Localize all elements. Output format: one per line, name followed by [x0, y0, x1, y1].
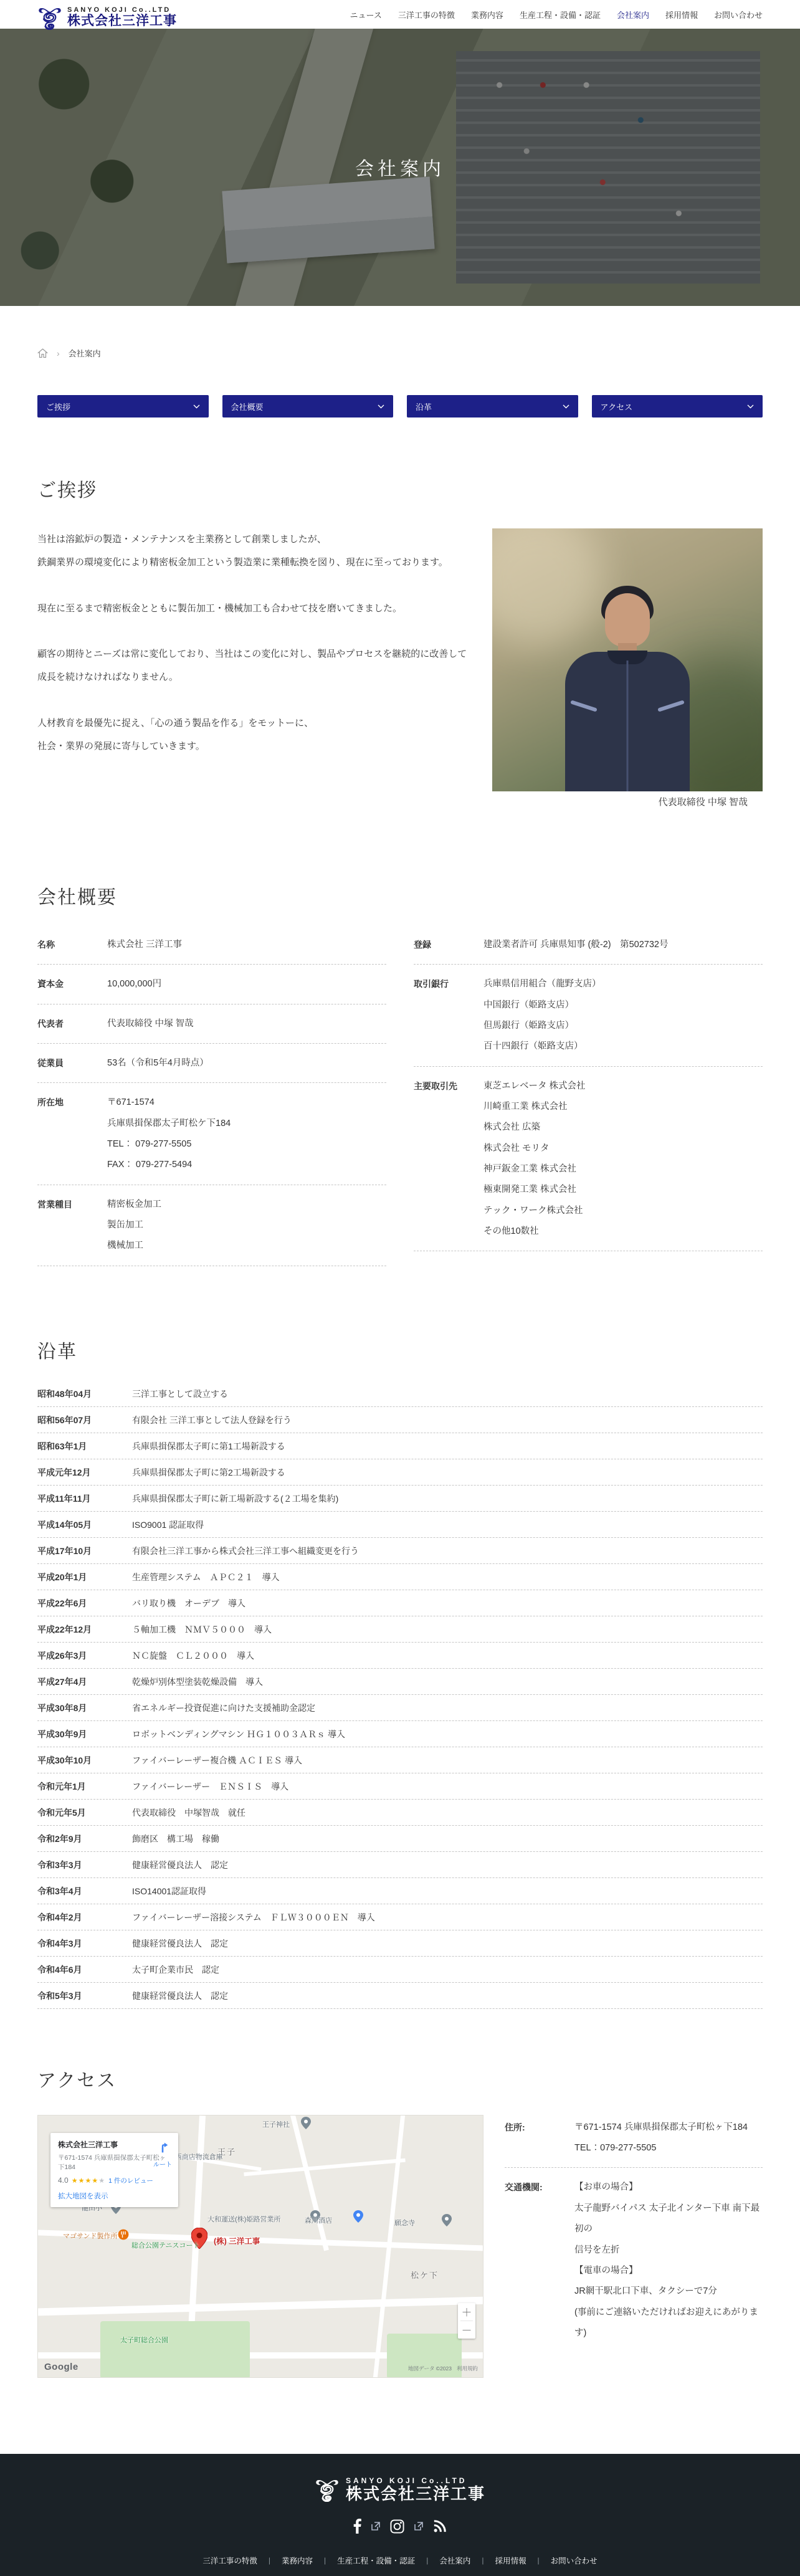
map-zoom-control: ＋ －	[458, 2303, 475, 2339]
row-value-line: 〒671-1574	[107, 1092, 386, 1113]
row-value-line: 信号を左折	[574, 2240, 763, 2261]
row-value-line: 10,000,000円	[107, 974, 386, 995]
row-label: 登録	[414, 935, 483, 955]
history-row: 令和4年3月健康経営優良法人 認定	[37, 1930, 763, 1957]
logo-mark-icon	[37, 5, 62, 30]
history-row: 令和元年1月ファイバーレーザー ＥＮＳＩＳ 導入	[37, 1773, 763, 1800]
google-map[interactable]: 王子神社王子)上西商店物流倉庫龍田小大和運送(株)姫路営業所森川酒店願念寺マゴサ…	[37, 2115, 483, 2378]
anchor-button-label: アクセス	[601, 401, 633, 413]
history-row: 令和元年5月代表取締役 中塚智哉 就任	[37, 1800, 763, 1826]
row-label: 名称	[37, 935, 107, 955]
header-nav-item[interactable]: 採用情報	[665, 9, 698, 21]
row-value-line: 中国銀行（姫路支店）	[483, 995, 763, 1016]
row-value: 株式会社 三洋工事	[107, 935, 386, 955]
anchor-button[interactable]: 沿革	[407, 395, 578, 417]
chevron-down-icon	[378, 404, 384, 409]
president-photo	[492, 528, 763, 791]
history-description: 太子町企業市民 認定	[132, 1963, 763, 1976]
history-date: 平成30年10月	[37, 1754, 132, 1767]
row-value-line: (事前にご連絡いただければお迎えにあがります)	[574, 2302, 763, 2344]
history-description: ファイバーレーザー ＥＮＳＩＳ 導入	[132, 1780, 763, 1793]
row-label: 所在地	[37, 1092, 107, 1175]
history-row: 平成14年05月ISO9001 認証取得	[37, 1512, 763, 1538]
history-date: 令和4年6月	[37, 1963, 132, 1976]
header-nav-item[interactable]: お問い合わせ	[714, 9, 763, 21]
history-row: 令和3年4月ISO14001認証取得	[37, 1878, 763, 1904]
directions-icon	[156, 2140, 169, 2154]
chevron-down-icon	[193, 404, 200, 409]
history-description: 代表取締役 中塚智哉 就任	[132, 1806, 763, 1819]
history-description: 健康経営優良法人 認定	[132, 1990, 763, 2002]
row-value-line: 太子龍野バイパス 太子北インター下車 南下最初の	[574, 2198, 763, 2240]
history-row: 令和4年2月ファイバーレーザー溶接システム ＦＬＷ３０００ＥＮ 導入	[37, 1904, 763, 1930]
history-date: 昭和63年1月	[37, 1440, 132, 1453]
history-date: 平成14年05月	[37, 1519, 132, 1531]
footer-logo[interactable]: SANYO KOJI Co..LTD 株式会社三洋工事	[0, 2476, 800, 2503]
history-date: 令和4年3月	[37, 1937, 132, 1950]
anchor-button[interactable]: アクセス	[592, 395, 763, 417]
directions-button[interactable]: ルート	[153, 2140, 172, 2168]
history-row: 令和2年9月飾磨区 構工場 稼働	[37, 1826, 763, 1852]
access-heading: アクセス	[37, 2065, 763, 2092]
logo-text-jp: 株式会社三洋工事	[67, 14, 177, 28]
row-value-line: 【お車の場合】	[574, 2177, 763, 2198]
star-icon: ★	[85, 2177, 92, 2185]
footer-nav-item[interactable]: お問い合わせ	[540, 2555, 609, 2566]
larger-map-link[interactable]: 拡大地図を表示	[58, 2191, 171, 2201]
history-row: 昭和48年04月三洋工事として設立する	[37, 1381, 763, 1407]
footer-nav-item[interactable]: 業務内容	[270, 2555, 324, 2566]
external-link-icon	[414, 2522, 423, 2531]
hero-banner: 会社案内	[0, 29, 800, 306]
history-description: 飾磨区 構工場 稼働	[132, 1833, 763, 1845]
map-label: (株) 三洋工事	[214, 2235, 260, 2246]
shop-pin-icon	[353, 2210, 363, 2223]
overview-table-right: 登録建設業者許可 兵庫県知事 (般-2) 第502732号取引銀行兵庫県信用組合…	[414, 925, 763, 1251]
table-row: 住所:〒671-1574 兵庫県揖保郡太子町松ヶ下184TEL：079-277-…	[505, 2115, 763, 2168]
map-label: 願念寺	[394, 2218, 415, 2228]
map-label: 森川酒店	[305, 2215, 332, 2225]
row-value-line: 機械加工	[107, 1236, 386, 1256]
history-date: 平成30年9月	[37, 1728, 132, 1740]
history-row: 平成27年4月乾燥炉別体型塗装乾燥設備 導入	[37, 1669, 763, 1695]
history-date: 平成22年6月	[37, 1597, 132, 1610]
row-value: 【お車の場合】太子龍野バイパス 太子北インター下車 南下最初の信号を左折【電車の…	[574, 2177, 763, 2344]
footer-social-row	[0, 2519, 800, 2534]
company-overview-section: 会社概要 名称株式会社 三洋工事資本金10,000,000円代表者代表取締役 中…	[37, 882, 763, 1266]
row-label: 代表者	[37, 1014, 107, 1034]
table-row: 従業員53名（令和5年4月時点）	[37, 1044, 386, 1083]
row-value: 東芝エレベータ 株式会社川崎重工業 株式会社株式会社 広築株式会社 モリタ神戸鈑…	[483, 1076, 763, 1243]
history-date: 平成17年10月	[37, 1545, 132, 1557]
map-card-reviews-link[interactable]: 1 件のレビュー	[108, 2176, 153, 2185]
table-row: 登録建設業者許可 兵庫県知事 (般-2) 第502732号	[414, 925, 763, 965]
temple-pin-icon	[442, 2214, 452, 2226]
greeting-paragraph: 人材教育を最優先に捉え、「心の通う製品を作る」をモットーに、 社会・業界の発展に…	[37, 712, 472, 758]
anchor-button-label: 会社概要	[231, 401, 264, 413]
directions-label: ルート	[153, 2159, 172, 2168]
history-description: 健康経営優良法人 認定	[132, 1937, 763, 1950]
row-value: 10,000,000円	[107, 974, 386, 995]
zoom-out-button[interactable]: －	[458, 2321, 475, 2339]
history-description: ISO14001認証取得	[132, 1885, 763, 1897]
table-row: 交通機関:【お車の場合】太子龍野バイパス 太子北インター下車 南下最初の信号を左…	[505, 2168, 763, 2352]
history-row: 平成20年1月生産管理システム ＡＰＣ２１ 導入	[37, 1564, 763, 1590]
history-heading: 沿革	[37, 1336, 763, 1363]
map-label: 王子神社	[262, 2119, 290, 2129]
access-info-table: 住所:〒671-1574 兵庫県揖保郡太子町松ヶ下184TEL：079-277-…	[505, 2115, 763, 2352]
history-description: 三洋工事として設立する	[132, 1388, 763, 1400]
overview-heading: 会社概要	[37, 882, 763, 909]
anchor-button[interactable]: 会社概要	[222, 395, 394, 417]
history-description: ＮＣ旋盤 ＣＬ２０００ 導入	[132, 1649, 763, 1662]
footer-logo-text-jp: 株式会社三洋工事	[346, 2485, 485, 2503]
history-row: 平成30年8月省エネルギー投資促進に向けた支援補助金認定	[37, 1695, 763, 1721]
history-date: 昭和56年07月	[37, 1414, 132, 1426]
star-icon: ★	[98, 2177, 105, 2185]
row-value: 代表取締役 中塚 智哉	[107, 1014, 386, 1034]
header-nav: ニュース三洋工事の特徴業務内容生産工程・設備・認証会社案内採用情報お問い合わせ	[350, 0, 763, 21]
row-value: 〒671-1574兵庫県揖保郡太子町松ケ下184TEL： 079-277-550…	[107, 1092, 386, 1175]
map-label: 太子町総合公園	[120, 2335, 168, 2345]
map-label: マゴサンド製作所	[63, 2231, 117, 2241]
history-row: 令和4年6月太子町企業市民 認定	[37, 1957, 763, 1983]
home-icon[interactable]	[37, 348, 48, 358]
table-row: 取引銀行兵庫県信用組合（龍野支店）中国銀行（姫路支店）但馬銀行（姫路支店）百十四…	[414, 965, 763, 1066]
history-date: 令和5年3月	[37, 1990, 132, 2002]
history-description: 乾燥炉別体型塗装乾燥設備 導入	[132, 1676, 763, 1688]
history-date: 平成元年12月	[37, 1466, 132, 1479]
history-description: ISO9001 認証取得	[132, 1519, 763, 1531]
poi-pin-icon	[301, 2117, 311, 2129]
external-link-icon	[371, 2522, 380, 2531]
greeting-heading: ご挨拶	[37, 475, 763, 502]
history-description: 生産管理システム ＡＰＣ２１ 導入	[132, 1571, 763, 1583]
history-description: 省エネルギー投資促進に向けた支援補助金認定	[132, 1702, 763, 1714]
anchor-button-label: 沿革	[416, 401, 432, 413]
breadcrumb-current: 会社案内	[69, 347, 101, 359]
history-description: 兵庫県揖保郡太子町に第1工場新設する	[132, 1440, 763, 1453]
row-label: 交通機関:	[505, 2177, 574, 2344]
history-date: 平成30年8月	[37, 1702, 132, 1714]
map-attribution-item[interactable]: 利用規約	[457, 2365, 478, 2372]
row-value: 〒671-1574 兵庫県揖保郡太子町松ヶ下184TEL：079-277-550…	[574, 2117, 763, 2159]
history-row: 昭和56年07月有限会社 三洋工事として法人登録を行う	[37, 1407, 763, 1433]
row-value-line: 【電車の場合】	[574, 2261, 763, 2281]
row-value: 兵庫県信用組合（龍野支店）中国銀行（姫路支店）但馬銀行（姫路支店）百十四銀行（姫…	[483, 974, 763, 1057]
row-value-line: 株式会社 三洋工事	[107, 935, 386, 955]
greeting-paragraph: 顧客の期待とニーズは常に変化しており、当社はこの変化に対し、製品やプロセスを継続…	[37, 643, 472, 689]
president-silhouette	[553, 586, 702, 791]
history-date: 令和4年2月	[37, 1911, 132, 1924]
row-value-line: 神戸鈑金工業 株式会社	[483, 1159, 763, 1180]
overview-table-left: 名称株式会社 三洋工事資本金10,000,000円代表者代表取締役 中塚 智哉従…	[37, 925, 386, 1266]
anchor-button-label: ご挨拶	[46, 401, 70, 413]
row-value-line: 兵庫県揖保郡太子町松ケ下184	[107, 1114, 386, 1134]
history-date: 平成27年4月	[37, 1676, 132, 1688]
history-date: 令和3年4月	[37, 1885, 132, 1897]
anchor-button-row: ご挨拶会社概要沿革アクセス	[37, 395, 763, 417]
history-description: 兵庫県揖保郡太子町に第2工場新設する	[132, 1466, 763, 1479]
breadcrumb-chevron-icon: ›	[57, 348, 60, 358]
greeting-paragraph: 現在に至るまで精密板金とともに製缶加工・機械加工も合わせて技を磨いてきました。	[37, 598, 472, 621]
map-label: 松ケ下	[411, 2269, 439, 2281]
map-attribution: 地図データ ©2023利用規約	[408, 2365, 478, 2372]
history-row: 平成30年9月ロボットベンディングマシン ＨＧ１００３ＡＲｓ 導入	[37, 1721, 763, 1747]
rss-icon[interactable]	[433, 2519, 447, 2533]
history-row: 令和5年3月健康経営優良法人 認定	[37, 1983, 763, 2009]
history-row: 平成11年11月兵庫県揖保郡太子町に新工場新設する(２工場を集約)	[37, 1486, 763, 1512]
history-row: 平成22年12月５軸加工機 ＮＭＶ５０００ 導入	[37, 1616, 763, 1643]
table-row: 代表者代表取締役 中塚 智哉	[37, 1004, 386, 1044]
site-footer: SANYO KOJI Co..LTD 株式会社三洋工事 三洋工事の特徴|業務内容…	[0, 2454, 800, 2576]
history-description: ロボットベンディングマシン ＨＧ１００３ＡＲｓ 導入	[132, 1728, 763, 1740]
row-value-line: TEL：079-277-5505	[574, 2138, 763, 2159]
chevron-down-icon	[747, 404, 754, 409]
history-row: 平成17年10月有限会社三洋工事から株式会社三洋工事へ組織変更を行う	[37, 1538, 763, 1564]
greeting-text: 当社は溶鉱炉の製造・メンテナンスを主業務として創業しましたが、 鉄鋼業界の環境変…	[37, 528, 472, 791]
site-logo[interactable]: SANYO KOJI Co..LTD 株式会社三洋工事	[37, 0, 177, 30]
header-nav-item[interactable]: 会社案内	[617, 9, 649, 21]
row-value-line: JR網干駅北口下車、タクシーで7分	[574, 2281, 763, 2302]
row-value-line: 株式会社 広築	[483, 1117, 763, 1138]
table-row: 主要取引先東芝エレベータ 株式会社川崎重工業 株式会社株式会社 広築株式会社 モ…	[414, 1067, 763, 1252]
star-icon: ★	[72, 2177, 79, 2185]
row-label: 取引銀行	[414, 974, 483, 1057]
anchor-button[interactable]: ご挨拶	[37, 395, 209, 417]
history-description: ５軸加工機 ＮＭＶ５０００ 導入	[132, 1623, 763, 1636]
footer-nav-item[interactable]: 採用情報	[483, 2555, 537, 2566]
history-date: 令和3年3月	[37, 1859, 132, 1871]
history-date: 昭和48年04月	[37, 1388, 132, 1400]
rating-stars: ★★★★★	[72, 2177, 105, 2185]
header-nav-item[interactable]: 業務内容	[471, 9, 503, 21]
table-row: 営業種目精密板金加工製缶加工機械加工	[37, 1185, 386, 1266]
row-value-line: 株式会社 モリタ	[483, 1138, 763, 1159]
row-label: 主要取引先	[414, 1076, 483, 1243]
site-header: SANYO KOJI Co..LTD 株式会社三洋工事 ニュース三洋工事の特徴業…	[0, 0, 800, 29]
row-value-line: 但馬銀行（姫路支店）	[483, 1016, 763, 1036]
row-value-line: 精密板金加工	[107, 1195, 386, 1215]
history-description: 有限会社 三洋工事として法人登録を行う	[132, 1414, 763, 1426]
row-label: 従業員	[37, 1053, 107, 1074]
history-row: 平成26年3月ＮＣ旋盤 ＣＬ２０００ 導入	[37, 1643, 763, 1669]
row-value-line: FAX： 079-277-5494	[107, 1155, 386, 1175]
row-value: 精密板金加工製缶加工機械加工	[107, 1195, 386, 1257]
restaurant-pin-icon	[118, 2229, 129, 2240]
row-value-line: 〒671-1574 兵庫県揖保郡太子町松ヶ下184	[574, 2117, 763, 2138]
row-label: 資本金	[37, 974, 107, 995]
history-description: 有限会社三洋工事から株式会社三洋工事へ組織変更を行う	[132, 1545, 763, 1557]
history-description: ファイバーレーザー溶接システム ＦＬＷ３０００ＥＮ 導入	[132, 1911, 763, 1924]
history-row: 昭和63年1月兵庫県揖保郡太子町に第1工場新設する	[37, 1433, 763, 1459]
header-nav-item[interactable]: 三洋工事の特徴	[398, 9, 455, 21]
history-date: 令和2年9月	[37, 1833, 132, 1845]
table-row: 名称株式会社 三洋工事	[37, 925, 386, 965]
history-date: 平成11年11月	[37, 1492, 132, 1505]
row-value-line: 代表取締役 中塚 智哉	[107, 1014, 386, 1034]
row-value-line: 東芝エレベータ 株式会社	[483, 1076, 763, 1097]
page-title: 会社案内	[0, 153, 800, 181]
history-date: 平成22年12月	[37, 1623, 132, 1636]
history-date: 平成26年3月	[37, 1649, 132, 1662]
president-signature: 代表取締役 中塚 智哉	[37, 795, 763, 808]
row-value-line: テック・ワーク株式会社	[483, 1201, 763, 1221]
table-row: 所在地〒671-1574兵庫県揖保郡太子町松ケ下184TEL： 079-277-…	[37, 1083, 386, 1185]
star-icon: ★	[92, 2177, 98, 2185]
star-icon: ★	[79, 2177, 85, 2185]
history-row: 平成30年10月ファイバーレーザー複合機 ＡＣＩＥＳ 導入	[37, 1747, 763, 1773]
footer-nav: 三洋工事の特徴|業務内容|生産工程・設備・認証|会社案内|採用情報|お問い合わせ	[0, 2555, 800, 2576]
map-label: 総合公園テニスコート	[131, 2240, 200, 2250]
history-row: 平成22年6月バリ取り機 オーデブ 導入	[37, 1590, 763, 1616]
history-date: 令和元年5月	[37, 1806, 132, 1819]
row-value-line: TEL： 079-277-5505	[107, 1134, 386, 1155]
history-row: 令和3年3月健康経営優良法人 認定	[37, 1852, 763, 1878]
row-value-line: 極東開発工業 株式会社	[483, 1180, 763, 1200]
breadcrumb: › 会社案内	[37, 347, 763, 359]
footer-nav-item[interactable]: 生産工程・設備・認証	[326, 2555, 426, 2566]
logo-text-en: SANYO KOJI Co..LTD	[67, 6, 177, 14]
row-value-line: 川崎重工業 株式会社	[483, 1097, 763, 1117]
chevron-down-icon	[563, 404, 569, 409]
facebook-icon[interactable]	[353, 2519, 361, 2534]
map-card-rating: 4.0	[58, 2176, 69, 2185]
google-logo[interactable]: Google	[44, 2362, 79, 2372]
row-value-line: 53名（令和5年4月時点）	[107, 1053, 386, 1074]
row-value-line: 兵庫県信用組合（龍野支店）	[483, 974, 763, 995]
zoom-in-button[interactable]: ＋	[458, 2303, 475, 2321]
instagram-icon[interactable]	[390, 2519, 404, 2534]
history-section: 沿革 昭和48年04月三洋工事として設立する昭和56年07月有限会社 三洋工事と…	[37, 1336, 763, 2009]
history-date: 平成20年1月	[37, 1571, 132, 1583]
header-nav-item[interactable]: ニュース	[350, 9, 382, 21]
row-value-line: 百十四銀行（姫路支店）	[483, 1036, 763, 1057]
history-description: 健康経営優良法人 認定	[132, 1859, 763, 1871]
footer-logo-text-en: SANYO KOJI Co..LTD	[346, 2476, 485, 2485]
row-label: 営業種目	[37, 1195, 107, 1257]
history-date: 令和元年1月	[37, 1780, 132, 1793]
history-description: 兵庫県揖保郡太子町に新工場新設する(２工場を集約)	[132, 1492, 763, 1505]
row-value-line: 製缶加工	[107, 1215, 386, 1236]
row-value: 53名（令和5年4月時点）	[107, 1053, 386, 1074]
footer-nav-item[interactable]: 会社案内	[428, 2555, 482, 2566]
footer-logo-mark-icon	[315, 2477, 340, 2502]
row-value-line: 建設業者許可 兵庫県知事 (般-2) 第502732号	[483, 935, 763, 955]
history-description: バリ取り機 オーデブ 導入	[132, 1597, 763, 1610]
history-row: 平成元年12月兵庫県揖保郡太子町に第2工場新設する	[37, 1459, 763, 1486]
map-attribution-item[interactable]: 地図データ ©2023	[408, 2365, 452, 2372]
map-info-card: 株式会社三洋工事 〒671-1574 兵庫県揖保郡太子町松ヶ下184 4.0 ★…	[50, 2133, 178, 2207]
header-nav-item[interactable]: 生産工程・設備・認証	[520, 9, 601, 21]
greeting-paragraph: 当社は溶鉱炉の製造・メンテナンスを主業務として創業しましたが、 鉄鋼業界の環境変…	[37, 528, 472, 575]
table-row: 資本金10,000,000円	[37, 965, 386, 1004]
history-description: ファイバーレーザー複合機 ＡＣＩＥＳ 導入	[132, 1754, 763, 1767]
access-section: アクセス	[37, 2065, 763, 2378]
map-label: 大和運送(株)姫路営業所	[207, 2214, 280, 2224]
row-value: 建設業者許可 兵庫県知事 (般-2) 第502732号	[483, 935, 763, 955]
history-table: 昭和48年04月三洋工事として設立する昭和56年07月有限会社 三洋工事として法…	[37, 1381, 763, 2009]
greeting-section: ご挨拶 当社は溶鉱炉の製造・メンテナンスを主業務として創業しましたが、 鉄鋼業界…	[37, 475, 763, 808]
footer-nav-item[interactable]: 三洋工事の特徴	[191, 2555, 269, 2566]
row-value-line: その他10数社	[483, 1221, 763, 1242]
row-label: 住所:	[505, 2117, 574, 2159]
